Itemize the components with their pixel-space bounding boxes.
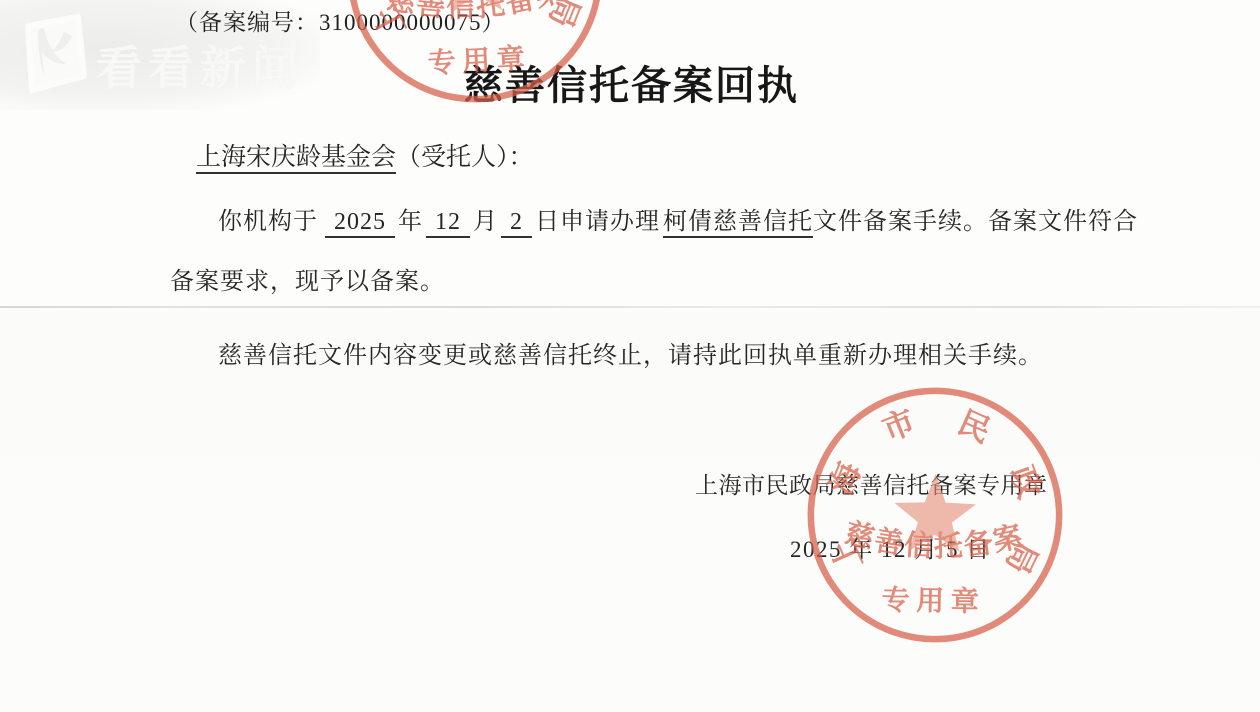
month-unit: 月 bbox=[473, 209, 498, 235]
body-paragraph-2: 慈善信托文件内容变更或慈善信托终止，请持此回执单重新办理相关手续。 bbox=[218, 335, 1043, 370]
scan-fold-line bbox=[0, 306, 1260, 308]
addressee-suffix: （受托人）： bbox=[396, 144, 534, 171]
seal-ring-char: 政 bbox=[1004, 461, 1049, 503]
body-paragraph-1-line-2: 备案要求，现予以备案。 bbox=[170, 261, 445, 296]
seal-bottom-label: 专用章 bbox=[427, 41, 532, 78]
addressee-line: 上海宋庆龄基金会（受托人）： bbox=[196, 137, 534, 173]
watermark-text: 看看新闻 bbox=[96, 32, 304, 98]
body-paragraph-1-line-1: 你机构于 2025年12月2日申请办理柯倩慈善信托文件备案手续。备案文件符合 bbox=[218, 201, 1138, 236]
scanned-document-page: 看看新闻 （备案编号：3100000000075） 慈善信托备案回执 上海宋庆龄… bbox=[0, 0, 1260, 712]
filing-month: 12 bbox=[426, 209, 470, 238]
p1-segment-1: 你机构于 bbox=[218, 209, 318, 235]
seal-ring-char: 民 bbox=[953, 404, 997, 450]
filing-year: 2025 bbox=[325, 209, 395, 238]
addressee-name: 上海宋庆龄基金会 bbox=[196, 144, 396, 174]
seal-bottom-label: 专用章 bbox=[881, 583, 985, 617]
p1-segment-2: 文件备案手续。备案文件符合 bbox=[813, 209, 1138, 235]
trust-name: 柯倩慈善信托 bbox=[663, 209, 813, 238]
seal-ring-char: 市 bbox=[877, 403, 920, 448]
official-seal-bottom: 上 海 市 民 政 局 慈善信托备案 专用章 bbox=[793, 373, 1078, 658]
filing-day: 2 bbox=[501, 209, 532, 238]
day-unit: 日申请办理 bbox=[535, 209, 660, 235]
year-unit: 年 bbox=[398, 209, 423, 235]
official-seal-top-partial: 上 海 市 民 政 局 慈善信托备案 专用章 bbox=[328, 0, 622, 122]
seal-ring-char: 海 bbox=[823, 457, 868, 500]
kankan-news-logo-icon bbox=[14, 14, 94, 96]
